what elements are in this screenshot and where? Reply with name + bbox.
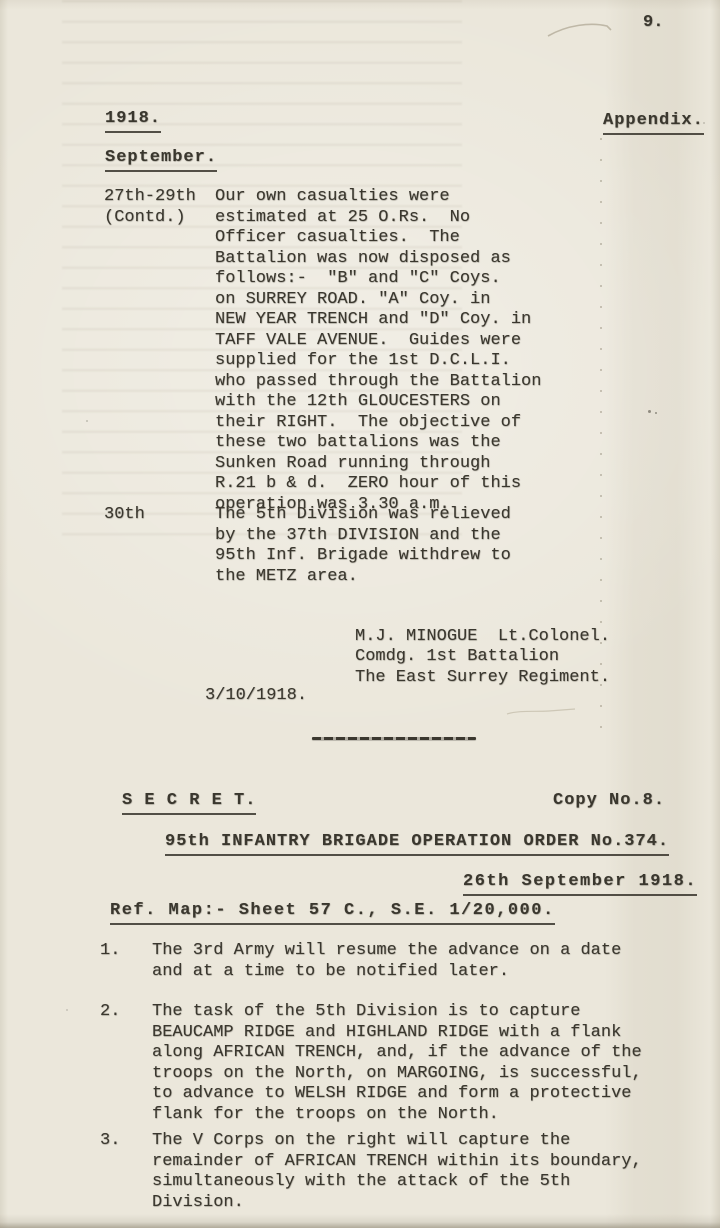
diary-month: September.: [105, 148, 217, 172]
paragraph-text: The task of the 5th Division is to captu…: [152, 1002, 642, 1125]
paragraph-number: 1.: [100, 941, 120, 962]
signature-unit: The East Surrey Regiment.: [355, 668, 610, 689]
classification-label: S E C R E T.: [122, 791, 256, 815]
ink-speck: [86, 420, 88, 422]
ink-speck: [648, 410, 651, 413]
entry-date: 27th-29th (Contd.): [104, 187, 196, 228]
copy-number: Copy No.8.: [553, 791, 665, 812]
signature-officer: M.J. MINOGUE Lt.Colonel.: [355, 627, 610, 648]
map-reference: Ref. Map:- Sheet 57 C., S.E. 1/20,000.: [110, 901, 555, 925]
signature-date: 3/10/1918.: [205, 686, 307, 707]
paragraph-text: The 3rd Army will resume the advance on …: [152, 941, 621, 982]
signature-role: Comdg. 1st Battalion: [355, 647, 559, 668]
ink-speck: [655, 412, 657, 414]
pencil-scribble: [505, 702, 585, 722]
diary-year: 1918.: [105, 109, 161, 133]
paragraph-number: 3.: [100, 1131, 120, 1152]
appendix-label: Appendix.: [603, 111, 704, 135]
paragraph-text: The V Corps on the right will capture th…: [152, 1131, 642, 1213]
entry-text: Our own casualties were estimated at 25 …: [215, 187, 541, 515]
scanned-document-page: 9. 1918. Appendix. September. 27th-29th …: [0, 0, 720, 1228]
entry-text: The 5th Division was relieved by the 37t…: [215, 505, 511, 587]
order-date: 26th September 1918.: [463, 872, 697, 896]
entry-date: 30th: [104, 505, 145, 526]
page-number: 9.: [643, 13, 663, 34]
order-title: 95th INFANTRY BRIGADE OPERATION ORDER No…: [165, 832, 669, 856]
pencil-mark: [545, 16, 625, 46]
ink-speck: [66, 1009, 68, 1011]
typed-divider-line: [312, 737, 476, 740]
paragraph-number: 2.: [100, 1002, 120, 1023]
